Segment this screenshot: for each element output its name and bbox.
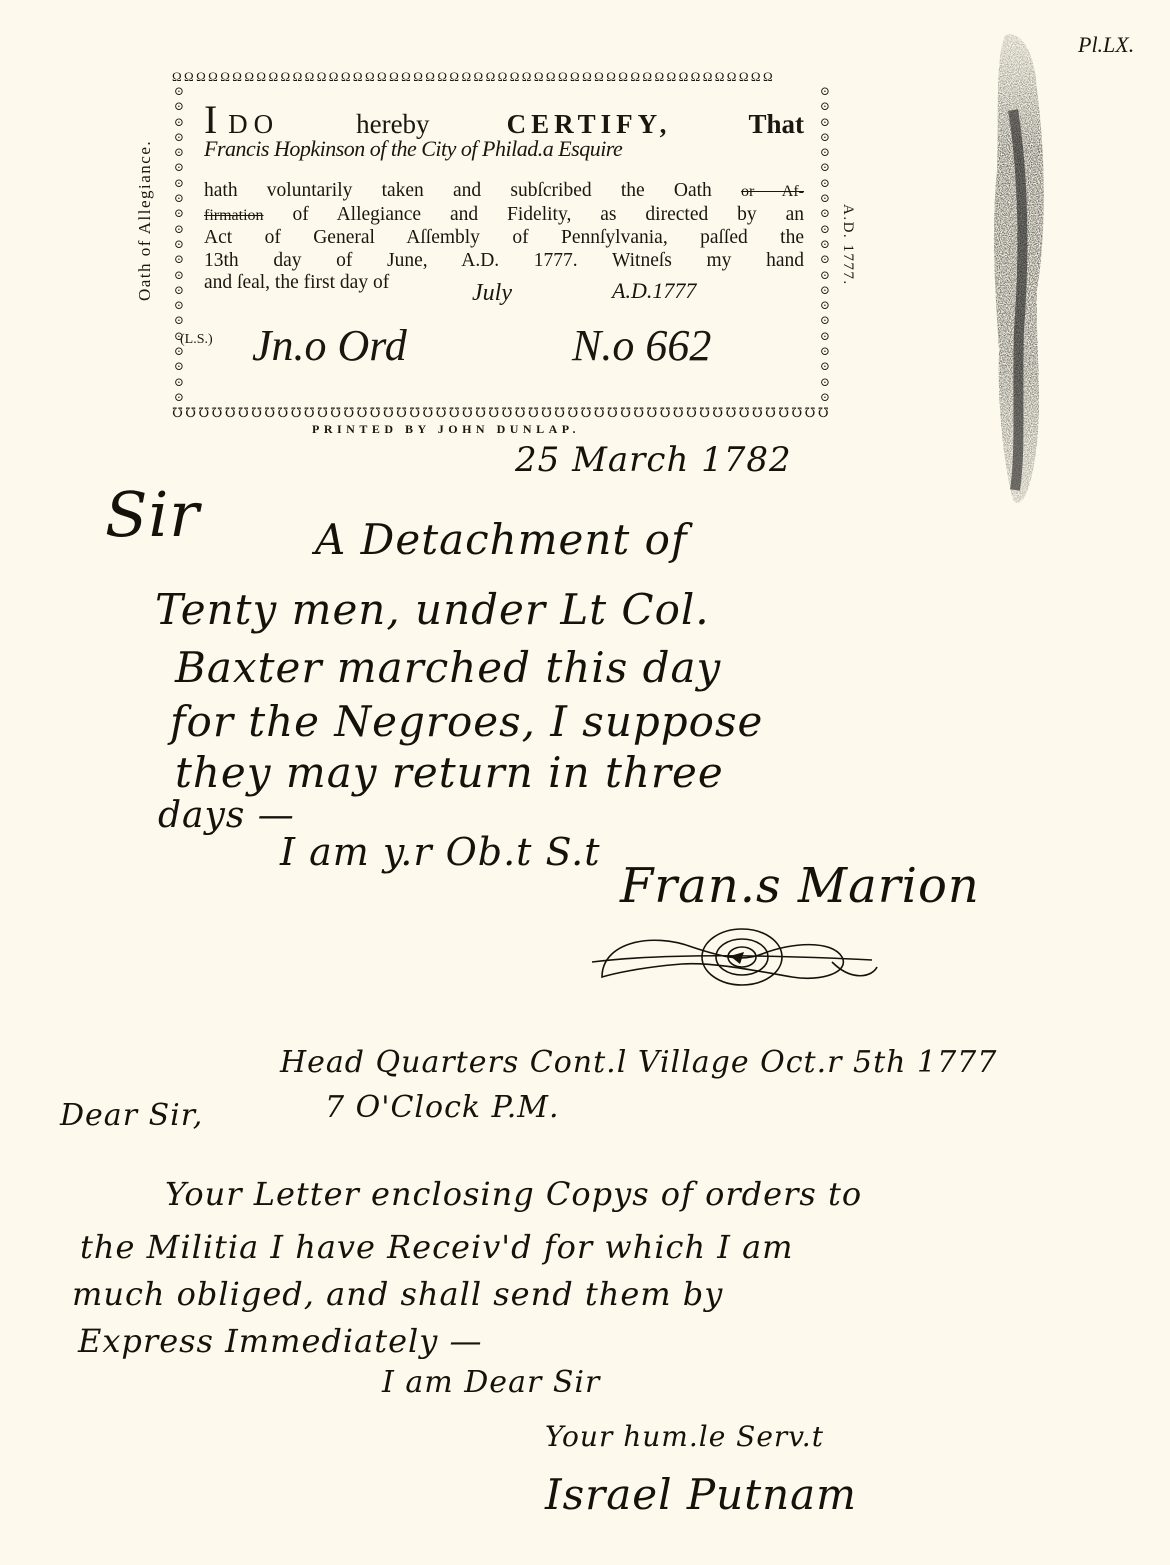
printer-credit: PRINTED BY JOHN DUNLAP. — [312, 422, 580, 437]
putnam-letter-heading: Head Quarters Cont.l Village Oct.r 5th 1… — [280, 1045, 997, 1080]
oath-certificate: ΩΩΩΩΩΩΩΩΩΩΩΩΩΩΩΩΩΩΩΩΩΩΩΩΩΩΩΩΩΩΩΩΩΩΩΩΩΩΩΩ… — [172, 70, 832, 420]
putnam-body-line-1: Your Letter enclosing Copys of orders to — [165, 1175, 862, 1213]
handwritten-year-line: A.D.1777 — [612, 278, 696, 304]
side-label-oath-of-allegiance: Oath of Allegiance. — [135, 125, 157, 315]
marion-letter-date: 25 March 1782 — [515, 440, 792, 480]
marion-closing: I am y.r Ob.t S.t — [280, 830, 601, 874]
certificate-border-left: ⊙⊙⊙⊙⊙⊙⊙⊙⊙⊙⊙⊙⊙⊙⊙⊙⊙⊙⊙⊙⊙ — [172, 84, 186, 406]
handwritten-name: Francis Hopkinson of the City of Philad.… — [204, 136, 622, 162]
putnam-body-line-2: the Militia I have Receiv'd for which I … — [80, 1228, 793, 1266]
putnam-signature: Israel Putnam — [545, 1470, 857, 1519]
struck-text: firmation — [204, 207, 264, 224]
certificate-line-2: firmation of Allegiance and Fidelity, as… — [204, 204, 804, 228]
certificate-line-4: 13th day of June, A.D. 1777. Witneſs my … — [204, 250, 804, 273]
marion-body-line-2: Tenty men, under Lt Col. — [155, 585, 710, 634]
handwritten-month: July — [472, 280, 512, 307]
putnam-salutation: Dear Sir, — [60, 1098, 203, 1133]
marion-signature: Fran.s Marion — [620, 858, 980, 914]
certificate-number: N.o 662 — [572, 320, 711, 371]
heading-that: That — [748, 109, 804, 140]
heading-do: DO — [228, 109, 279, 139]
certificate-line-3: Act of General Aſſembly of Pennſylvania,… — [204, 227, 804, 250]
seal-mark: (L.S.) — [180, 332, 213, 348]
putnam-letter-time: 7 O'Clock P.M. — [325, 1090, 560, 1125]
putnam-closing-2: Your hum.le Serv.t — [545, 1420, 824, 1453]
struck-text: or Af- — [741, 183, 804, 200]
marion-body-line-4: for the Negroes, I suppose — [170, 697, 763, 746]
certificate-border-bottom: ℧℧℧℧℧℧℧℧℧℧℧℧℧℧℧℧℧℧℧℧℧℧℧℧℧℧℧℧℧℧℧℧℧℧℧℧℧℧℧℧… — [172, 406, 832, 420]
marion-body-line-1: A Detachment of — [315, 515, 688, 564]
putnam-body-line-3: much obliged, and shall send them by — [72, 1275, 723, 1313]
marion-body-line-6: days — — [158, 795, 295, 836]
certificate-signature: Jn.o Ord — [252, 320, 407, 371]
marion-body-line-3: Baxter marched this day — [175, 643, 721, 692]
marion-salutation: Sir — [105, 478, 200, 551]
certificate-border-right: ⊙⊙⊙⊙⊙⊙⊙⊙⊙⊙⊙⊙⊙⊙⊙⊙⊙⊙⊙⊙⊙ — [818, 84, 832, 406]
plate-number: Pl.LX. — [1078, 32, 1134, 58]
putnam-body-line-4: Express Immediately — — [78, 1322, 482, 1360]
putnam-closing-1: I am Dear Sir — [382, 1365, 600, 1400]
side-label-year: A.D. 1777. — [836, 190, 856, 300]
certificate-body: I DO hereby CERTIFY, That Francis Hopkin… — [204, 96, 804, 295]
certificate-border-top: ΩΩΩΩΩΩΩΩΩΩΩΩΩΩΩΩΩΩΩΩΩΩΩΩΩΩΩΩΩΩΩΩΩΩΩΩΩΩΩΩ… — [172, 70, 832, 84]
signature-flourish — [592, 922, 882, 1002]
marion-body-line-5: they may return in three — [175, 748, 724, 797]
certificate-line-1: hath voluntarily taken and subſcribed th… — [204, 180, 804, 204]
certificate-heading: I DO hereby CERTIFY, That — [204, 96, 804, 136]
ink-smudge — [975, 30, 1060, 510]
